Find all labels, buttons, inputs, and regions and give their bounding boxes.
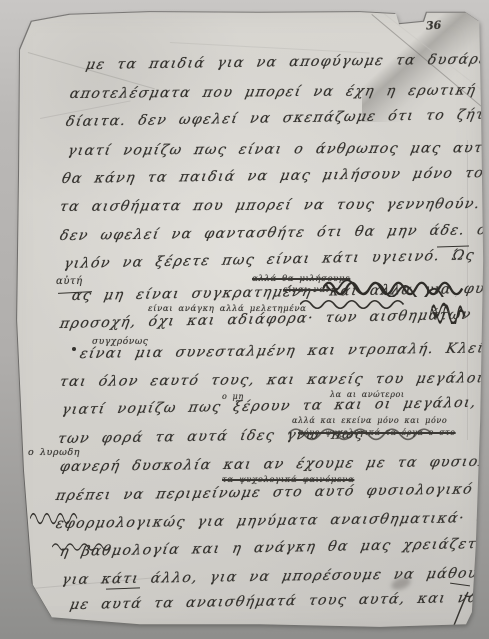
handwriting-line: για κάτι άλλο, για να μπορέσουμε να μάθο… bbox=[60, 565, 479, 588]
marginal-insertion: αὐτή bbox=[56, 276, 83, 287]
paper-crease bbox=[28, 52, 155, 89]
pencil-smudge bbox=[390, 575, 413, 592]
handwriting-line: δίαιτα. δεν ωφελεί να σκεπάζωμε ότι το ζ… bbox=[64, 107, 489, 130]
paper-shadow: 36 με τα παιδιά για να αποφύγωμε τα δυσά… bbox=[0, 0, 489, 639]
interlinear-insertion: είναι ανάγκη αλλά μελετημένα bbox=[148, 304, 307, 314]
ink-scribble-strikeout bbox=[300, 297, 415, 312]
interlinear-insertion: αλλά και εκείνα μόνο και μόνο bbox=[292, 416, 447, 425]
ink-scribble-strikeout bbox=[52, 540, 112, 554]
handwriting-line: είναι μια συνεσταλμένη και ντροπαλή. Κλε… bbox=[78, 340, 489, 362]
scanned-manuscript: 36 με τα παιδιά για να αποφύγωμε τα δυσά… bbox=[0, 0, 489, 639]
interlinear-insertion: συγχρόνως bbox=[92, 337, 148, 347]
paper-crease bbox=[32, 578, 152, 589]
handwriting-line: γιατί νομίζω πως είναι ο άνθρωπος μας αυ… bbox=[66, 140, 489, 159]
handwriting-line: ται όλον εαυτό τους, και κανείς του μεγά… bbox=[58, 370, 489, 390]
handwriting-line: των φορά τα αυτά ίδες γνω πως bbox=[56, 426, 365, 447]
handwriting-line: με τα παιδιά για να αποφύγωμε τα δυσάρεσ… bbox=[84, 51, 489, 73]
interlinear-insertion: μόνο ψυχολογικά τα έργα ο στο bbox=[298, 428, 456, 437]
ink-scribble-strikeout bbox=[323, 277, 468, 297]
folded-corner bbox=[362, 10, 486, 122]
fold-crease-line bbox=[371, 14, 483, 109]
fold-crease-highlight bbox=[383, 13, 489, 100]
ink-scribble-strikeout bbox=[30, 510, 78, 525]
handwriting-line: τα αισθήματα που μπορεί να τους γεννηθού… bbox=[58, 196, 489, 215]
handwriting-line: πρέπει να περιμείνωμε στο αυτό φυσιολογι… bbox=[54, 481, 489, 504]
underline-mark bbox=[437, 245, 469, 248]
interlinear-insertion: είναι ναι bbox=[283, 285, 329, 295]
paper-sheet: 36 με τα παιδιά για να αποφύγωμε τα δυσά… bbox=[0, 0, 489, 639]
handwriting-line: δεν ωφελεί να φαντασθήτε ότι θα μην άδε.… bbox=[58, 221, 489, 244]
handwriting-line: με αυτά τα αναισθήματά τους αυτά, και να… bbox=[68, 588, 489, 613]
handwriting-line: γιατί νομίζω πως ξέρουν τα και οι μεγάλο… bbox=[60, 393, 489, 418]
handwriting-line: εφορμολογικώς για μηνύματα αναισθηματικά… bbox=[54, 509, 489, 532]
interlinear-insertion: τα ψυχολογικά φαινόμενα bbox=[222, 475, 354, 485]
ink-dot bbox=[72, 347, 76, 351]
underline-mark bbox=[450, 583, 470, 587]
paper-crease bbox=[170, 42, 370, 53]
handwriting-line: ας μη είναι συγκρατημένη· και αλλα για φ… bbox=[70, 279, 489, 304]
interlinear-insertion: ο μη bbox=[222, 392, 244, 401]
page-number: 36 bbox=[426, 18, 442, 32]
handwriting-line: θα κάνη τα παιδιά να μας μιλήσουν μόνο τ… bbox=[60, 164, 489, 187]
paper-crease bbox=[467, 140, 468, 440]
marginal-insertion: ο λυρωδη bbox=[28, 447, 80, 458]
handwriting-line: αποτελέσματα που μπορεί να έχη η ερωτική bbox=[68, 82, 478, 102]
ink-flourish bbox=[448, 590, 476, 632]
ink-scribble-strikeout bbox=[430, 300, 472, 324]
paper-crease bbox=[40, 100, 131, 119]
handwriting-line: γιλόν να ξέρετε πως είναι κάτι υγιεινό. … bbox=[62, 246, 489, 272]
underline-mark bbox=[58, 291, 92, 294]
handwriting-line: η βαθμολογία και η ανάγκη θα μας χρειάζε… bbox=[58, 535, 489, 560]
interlinear-insertion: αλλά θα μιλήσουμε bbox=[252, 274, 350, 284]
interlinear-insertion: λα αι ανώτεροι bbox=[330, 390, 405, 399]
ink-scribble-strikeout bbox=[288, 424, 448, 442]
underline-mark bbox=[106, 587, 140, 590]
handwriting-line: φανερή δυσκολία και αν έχουμε με τα φυσι… bbox=[58, 454, 489, 475]
handwriting-line: προσοχή, όχι και αδιάφορα· των αισθημάτω… bbox=[58, 305, 489, 332]
